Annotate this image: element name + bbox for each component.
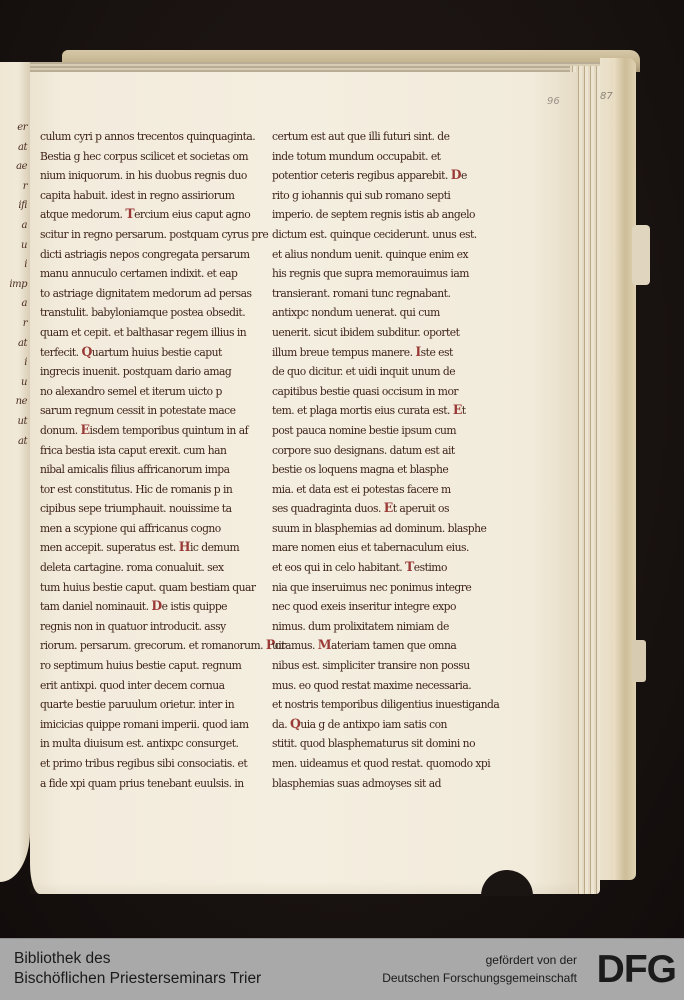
line-text: estimo [414,561,447,574]
line-text: ic demum [190,541,239,554]
manuscript-line: erit antixpi. quod inter decem cornua [40,676,232,696]
manuscript-line: dicti astriagis nepos congregata persaru… [40,245,232,265]
line-text: suum in blasphemias ad dominum. blasphe [272,522,486,535]
line-text: Hic de romanis p in [135,483,232,496]
funder-line-1: gefördert von der [382,951,577,969]
manuscript-line: nibus est. simpliciter transire non poss… [272,656,464,676]
rubricated-initial: E [384,501,393,516]
line-text: tor est constitutus. [40,483,135,496]
line-text: transtulit. babyloniamque postea obsedit… [40,306,245,319]
verso-text-fragment: u [21,377,27,388]
line-text: erit antixpi. quod inter decem cornua [40,679,225,692]
manuscript-line: mus. eo quod restat maxime necessaria. [272,676,464,696]
line-text: post pauca nomine bestie ipsum cum [272,424,456,437]
line-text: no alexandro semel et iterum uicto p [40,385,222,398]
line-text: in multa diuisum est. antixpc consurget. [40,737,238,750]
manuscript-line: uitamus. Materiam tamen que omna [272,636,464,656]
manuscript-line: transtulit. babyloniamque postea obsedit… [40,303,232,323]
manuscript-line: tor est constitutus. Hic de romanis p in [40,480,232,500]
manuscript-line: men accepit. superatus est. Hic demum [40,538,232,558]
manuscript-line: bestie os loquens magna et blasphe [272,460,464,480]
line-text: e [461,169,467,182]
manuscript-line: tam daniel nominauit. De istis quippe [40,597,232,617]
line-text: transierant. romani tunc regnabant. [272,287,450,300]
line-text: dicti astriagis nepos congregata persaru… [40,248,250,261]
manuscript-line: scitur in regno persarum. postquam cyrus… [40,225,232,245]
footer-banner: Bibliothek des Bischöflichen Priestersem… [0,938,684,1000]
line-text: Bestia g hec corpus scilicet et societas… [40,150,248,163]
line-text: manu annuculo certamen indixit. et eap [40,267,237,280]
manuscript-line: rito g iohannis qui sub romano septi [272,186,464,206]
line-text: et alius nondum uenit. quinque enim ex [272,248,468,261]
manuscript-line: da. Quia g de antixpo iam satis con [272,715,464,735]
line-text: et eos qui in celo habitant. [272,561,405,574]
line-text: ateriam tamen que omna [331,639,456,652]
manuscript-line: deleta cartagine. roma conualuit. sex [40,558,232,578]
line-text: ercium eius caput agno [134,208,250,221]
verso-text-fragment: a [22,298,27,309]
line-text: blasphemias suas admoyses sit ad [272,777,441,790]
manuscript-line: no alexandro semel et iterum uicto p [40,382,232,402]
manuscript-line: quam et cepit. et balthasar regem illius… [40,323,232,343]
line-text: capitibus bestie quasi occisum in mor [272,385,458,398]
line-text: quam et cepit. et balthasar regem illius… [40,326,246,339]
rubricated-initial: M [318,638,331,653]
line-text: terfecit. [40,346,81,359]
manuscript-line: nia que inseruimus nec ponimus integre [272,578,464,598]
line-text: de quo dicitur. et uidi inquit unum de [272,365,455,378]
verso-text-fragment: at [18,338,27,349]
manuscript-line: blasphemias suas admoyses sit ad [272,774,464,794]
line-text: et nostris temporibus diligentius inuest… [272,698,499,711]
verso-text-fragment: at [18,436,27,447]
manuscript-line: manu annuculo certamen indixit. et eap [40,264,232,284]
line-text: deleta cartagine. roma conualuit. sex [40,561,223,574]
line-text: e istis quippe [162,600,227,613]
verso-text-fragment: ne [16,396,27,407]
manuscript-line: men. uideamus et quod restat. quomodo xp… [272,754,464,774]
rubricated-initial: Q [81,345,91,360]
manuscript-line: ingrecis inuenit. postquam dario amag [40,362,232,382]
library-line-1: Bibliothek des [14,949,261,969]
rubricated-initial: D [451,168,461,183]
library-credit: Bibliothek des Bischöflichen Priestersem… [14,949,261,989]
manuscript-line: a fide xpi quam prius tenebant euulsis. … [40,774,232,794]
line-text: isdem temporibus quintum in af [89,424,248,437]
manuscript-line: uenerit. sicut ibidem subditur. oportet [272,323,464,343]
manuscript-line: regnis non in quatuor introducit. assy [40,617,232,637]
manuscript-line: illum breue tempus manere. Iste est [272,343,464,363]
line-text: men a scypione qui affricanus cogno [40,522,221,535]
line-text: t aperuit os [393,502,449,515]
manuscript-line: et alius nondum uenit. quinque enim ex [272,245,464,265]
manuscript-scan: erataerifiauiimparatiuneutat 96 87 culum… [0,0,684,938]
verso-text-fragment: r [23,318,27,329]
manuscript-line: to astriage dignitatem medorum ad persas [40,284,232,304]
line-text: nimus. dum prolixitatem nimiam de [272,620,449,633]
line-text: nium iniquorum. in his duobus regnis duo [40,169,247,182]
line-text: uia g de antixpo iam satis con [300,718,447,731]
funder-line-2: Deutschen Forschungsgemeinschaft [382,969,577,987]
manuscript-line: tum huius bestie caput. quam bestiam qua… [40,578,232,598]
line-text: mare nomen eius et tabernaculum eius. [272,541,469,554]
line-text: ro septimum huius bestie caput. regnum [40,659,241,672]
line-text: men accepit. superatus est. [40,541,179,554]
manuscript-line: nibal amicalis filius affricanorum impa [40,460,232,480]
line-text: da. [272,718,290,731]
line-text: atque medorum. [40,208,125,221]
line-text: tam daniel nominauit. [40,600,151,613]
verso-text-fragment: a [22,220,27,231]
fore-edge-outer [600,58,636,880]
manuscript-line: corpore suo designans. datum est ait [272,441,464,461]
manuscript-line: dictum est. quinque ceciderunt. unus est… [272,225,464,245]
line-text: sarum regnum cessit in potestate mace [40,404,235,417]
line-text: antixpc nondum uenerat. qui cum [272,306,440,319]
folio-number-ink: 87 [600,91,613,102]
library-line-2: Bischöflichen Priesterseminars Trier [14,969,261,989]
verso-page-edge: erataerifiauiimparatiuneutat [0,62,30,882]
line-text: his regnis que supra memorauimus iam [272,267,469,280]
line-text: corpore suo designans. datum est ait [272,444,455,457]
line-text: to astriage dignitatem medorum ad persas [40,287,251,300]
line-text: capita habuit. idest in regno assiriorum [40,189,234,202]
manuscript-line: ses quadraginta duos. Et aperuit os [272,499,464,519]
line-text: nibus est. simpliciter transire non poss… [272,659,470,672]
line-text: scitur in regno persarum. postquam cyrus… [40,228,268,241]
manuscript-line: imicicias quippe romani imperii. quod ia… [40,715,232,735]
line-text: illum breue tempus manere. [272,346,415,359]
manuscript-line: in multa diuisum est. antixpc consurget. [40,734,232,754]
manuscript-line: atque medorum. Tercium eius caput agno [40,205,232,225]
text-column-right: certum est aut que illi futuri sint. dei… [272,127,472,793]
line-text: culum cyri p annos trecentos quinquagint… [40,130,255,143]
line-text: potentior ceteris regibus apparebit. [272,169,451,182]
manuscript-line: de quo dicitur. et uidi inquit unum de [272,362,464,382]
verso-text-fragment: ifi [18,200,27,211]
verso-text-fragment: er [17,122,27,133]
manuscript-line: culum cyri p annos trecentos quinquagint… [40,127,232,147]
manuscript-line: imperio. de septem regnis istis ab angel… [272,205,464,225]
manuscript-line: mia. et data est ei potestas facere m [272,480,464,500]
line-text: stitit. quod blasphematurus sit domini n… [272,737,475,750]
line-text: mus. eo quod restat maxime necessaria. [272,679,471,692]
manuscript-line: his regnis que supra memorauimus iam [272,264,464,284]
line-text: ingrecis inuenit. postquam dario amag [40,365,231,378]
line-text: ses quadraginta duos. [272,502,384,515]
line-text: rito g iohannis qui sub romano septi [272,189,450,202]
rubricated-initial: E [453,403,462,418]
manuscript-line: capitibus bestie quasi occisum in mor [272,382,464,402]
line-text: dictum est. quinque ceciderunt. unus est… [272,228,477,241]
line-text: nec quod exeis inseritur integre expo [272,600,456,613]
verso-text-fragment: ut [18,416,27,427]
manuscript-line: Bestia g hec corpus scilicet et societas… [40,147,232,167]
verso-text-fragment: at [18,142,27,153]
manuscript-line: transierant. romani tunc regnabant. [272,284,464,304]
line-text: nibal amicalis filius affricanorum impa [40,463,230,476]
line-text: tem. et plaga mortis eius curata est. [272,404,453,417]
manuscript-line: mare nomen eius et tabernaculum eius. [272,538,464,558]
rubricated-initial: T [405,560,414,575]
line-text: uartum huius bestie caput [92,346,222,359]
text-column-left: culum cyri p annos trecentos quinquagint… [40,127,240,793]
line-text: nia que inseruimus nec ponimus integre [272,581,471,594]
manuscript-line: et nostris temporibus diligentius inuest… [272,695,464,715]
verso-text-fragment: ae [16,161,27,172]
line-text: uitamus. [272,639,318,652]
verso-text-fragment: u [21,240,27,251]
dfg-logo: DFG [597,952,676,988]
manuscript-line: suum in blasphemias ad dominum. blasphe [272,519,464,539]
verso-text-fragment: i [24,357,27,368]
manuscript-line: certum est aut que illi futuri sint. de [272,127,464,147]
manuscript-line: frica bestia ista caput erexit. cum han [40,441,232,461]
verso-text-fragment: i [24,259,27,270]
line-text: mia. et data est ei potestas facere m [272,483,451,496]
line-text: t [462,404,466,417]
manuscript-line: nec quod exeis inseritur integre expo [272,597,464,617]
manuscript-line: ro septimum huius bestie caput. regnum [40,656,232,676]
line-text: cipibus sepe triumphauit. nouissime ta [40,502,231,515]
line-text: uenerit. sicut ibidem subditur. oportet [272,326,459,339]
parchment-tab [632,640,646,682]
line-text: ste est [421,346,453,359]
manuscript-line: stitit. quod blasphematurus sit domini n… [272,734,464,754]
rubricated-initial: H [179,540,190,555]
verso-text-fragment: imp [9,279,27,290]
line-text: certum est aut que illi futuri sint. de [272,130,449,143]
line-text: regnis non in quatuor introducit. assy [40,620,226,633]
folio-number-pencil: 96 [547,96,560,107]
line-text: riorum. persarum. grecorum. et romanorum… [40,639,266,652]
manuscript-line: et primo tribus regibus sibi consociatis… [40,754,232,774]
line-text: frica bestia ista caput erexit. cum han [40,444,226,457]
line-text: imicicias quippe romani imperii. quod ia… [40,718,249,731]
manuscript-line: men a scypione qui affricanus cogno [40,519,232,539]
manuscript-line: quarte bestie paruulum orietur. inter in [40,695,232,715]
rubricated-initial: Q [290,717,300,732]
line-text: a fide xpi quam prius tenebant euulsis. … [40,777,244,790]
manuscript-line: inde totum mundum occupabit. et [272,147,464,167]
rubricated-initial: T [125,207,134,222]
manuscript-line: capita habuit. idest in regno assiriorum [40,186,232,206]
manuscript-line: sarum regnum cessit in potestate mace [40,401,232,421]
manuscript-line: nium iniquorum. in his duobus regnis duo [40,166,232,186]
line-text: imperio. de septem regnis istis ab angel… [272,208,475,221]
manuscript-line: donum. Eisdem temporibus quintum in af [40,421,232,441]
verso-text-fragment: r [23,181,27,192]
manuscript-line: riorum. persarum. grecorum. et romanorum… [40,636,232,656]
line-text: tum huius bestie caput. quam bestiam qua… [40,581,256,594]
rubricated-initial: E [81,423,90,438]
parchment-tab [632,225,650,285]
line-text: bestie os loquens magna et blasphe [272,463,448,476]
line-text: quarte bestie paruulum orietur. inter in [40,698,234,711]
manuscript-line: terfecit. Quartum huius bestie caput [40,343,232,363]
manuscript-line: post pauca nomine bestie ipsum cum [272,421,464,441]
manuscript-line: cipibus sepe triumphauit. nouissime ta [40,499,232,519]
line-text: inde totum mundum occupabit. et [272,150,440,163]
manuscript-line: potentior ceteris regibus apparebit. De [272,166,464,186]
line-text: et primo tribus regibus sibi consociatis… [40,757,247,770]
line-text: men. uideamus et quod restat. quomodo xp… [272,757,490,770]
manuscript-line: et eos qui in celo habitant. Testimo [272,558,464,578]
rubricated-initial: D [151,599,161,614]
manuscript-line: tem. et plaga mortis eius curata est. Et [272,401,464,421]
funder-credit: gefördert von der Deutschen Forschungsge… [382,951,577,987]
line-text: donum. [40,424,81,437]
manuscript-line: antixpc nondum uenerat. qui cum [272,303,464,323]
manuscript-line: nimus. dum prolixitatem nimiam de [272,617,464,637]
